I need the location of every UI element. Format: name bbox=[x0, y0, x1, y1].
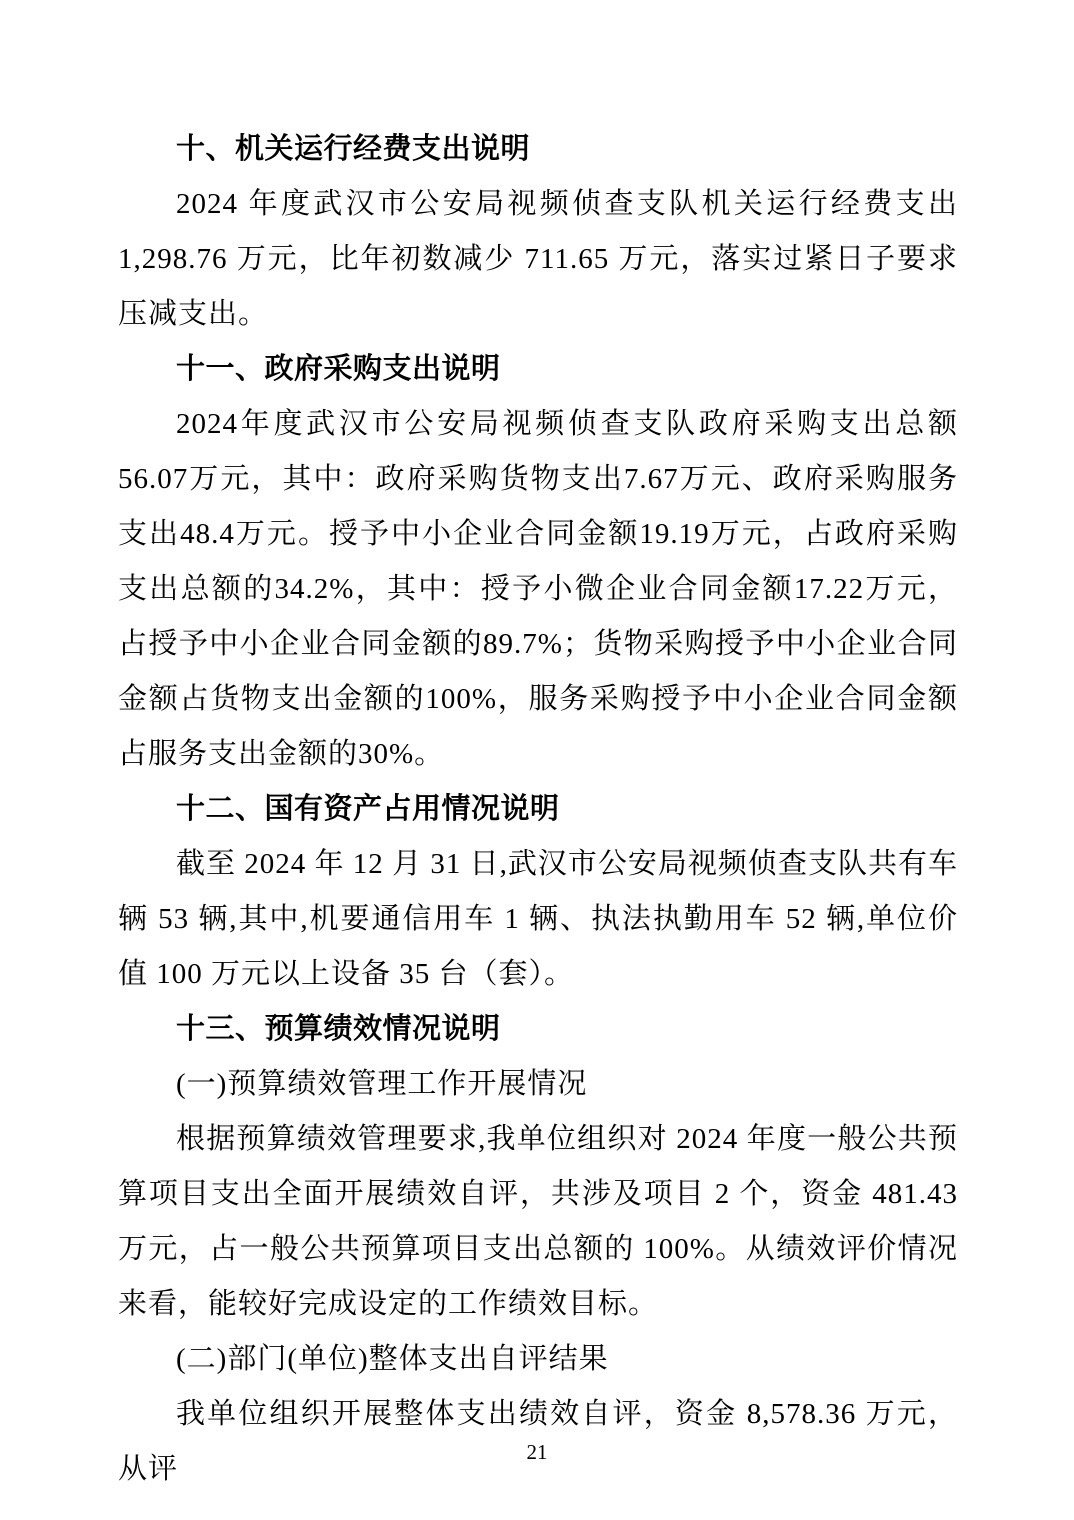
section-13-subheading-2: (二)部门(单位)整体支出自评结果 bbox=[118, 1332, 958, 1387]
section-13-paragraph-1: 根据预算绩效管理要求,我单位组织对 2024 年度一般公共预算项目支出全面开展绩… bbox=[118, 1112, 958, 1332]
section-10-paragraph: 2024 年度武汉市公安局视频侦查支队机关运行经费支出 1,298.76 万元，… bbox=[118, 177, 958, 342]
section-12-heading: 十二、国有资产占用情况说明 bbox=[118, 782, 958, 837]
page-number: 21 bbox=[0, 1438, 1074, 1466]
document-page: 十、机关运行经费支出说明 2024 年度武汉市公安局视频侦查支队机关运行经费支出… bbox=[0, 0, 1074, 1520]
section-10-heading: 十、机关运行经费支出说明 bbox=[118, 122, 958, 177]
section-11-paragraph: 2024年度武汉市公安局视频侦查支队政府采购支出总额56.07万元，其中：政府采… bbox=[118, 397, 958, 782]
section-13-heading: 十三、预算绩效情况说明 bbox=[118, 1002, 958, 1057]
section-13-subheading-1: (一)预算绩效管理工作开展情况 bbox=[118, 1057, 958, 1112]
section-11-heading: 十一、政府采购支出说明 bbox=[118, 342, 958, 397]
document-body: 十、机关运行经费支出说明 2024 年度武汉市公安局视频侦查支队机关运行经费支出… bbox=[118, 122, 958, 1497]
section-12-paragraph: 截至 2024 年 12 月 31 日,武汉市公安局视频侦查支队共有车辆 53 … bbox=[118, 837, 958, 1002]
